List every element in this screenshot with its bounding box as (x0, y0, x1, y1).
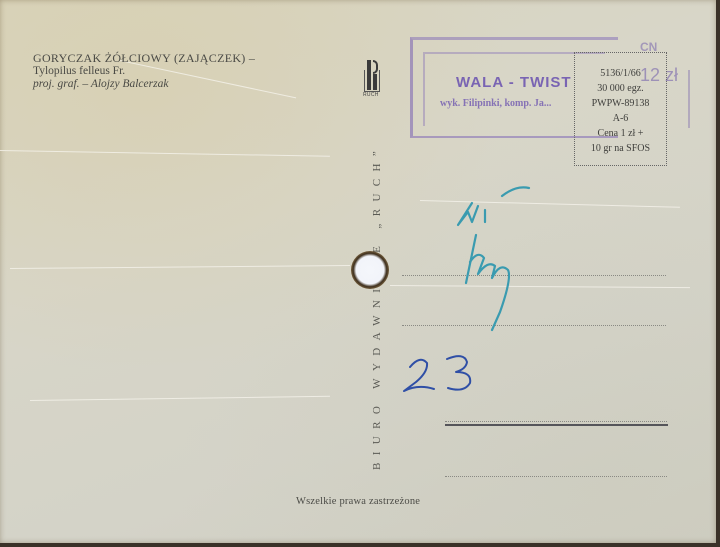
handwritten-number-23 (404, 356, 470, 391)
postcard-back: GORYCZAK ŻÓŁCIOWY (ZAJĄCZEK) – Tylopilus… (0, 0, 716, 543)
handwriting (0, 0, 716, 543)
signature-scribble (458, 187, 529, 330)
rights-reserved-text: Wszelkie prawa zastrzeżone (296, 496, 420, 507)
